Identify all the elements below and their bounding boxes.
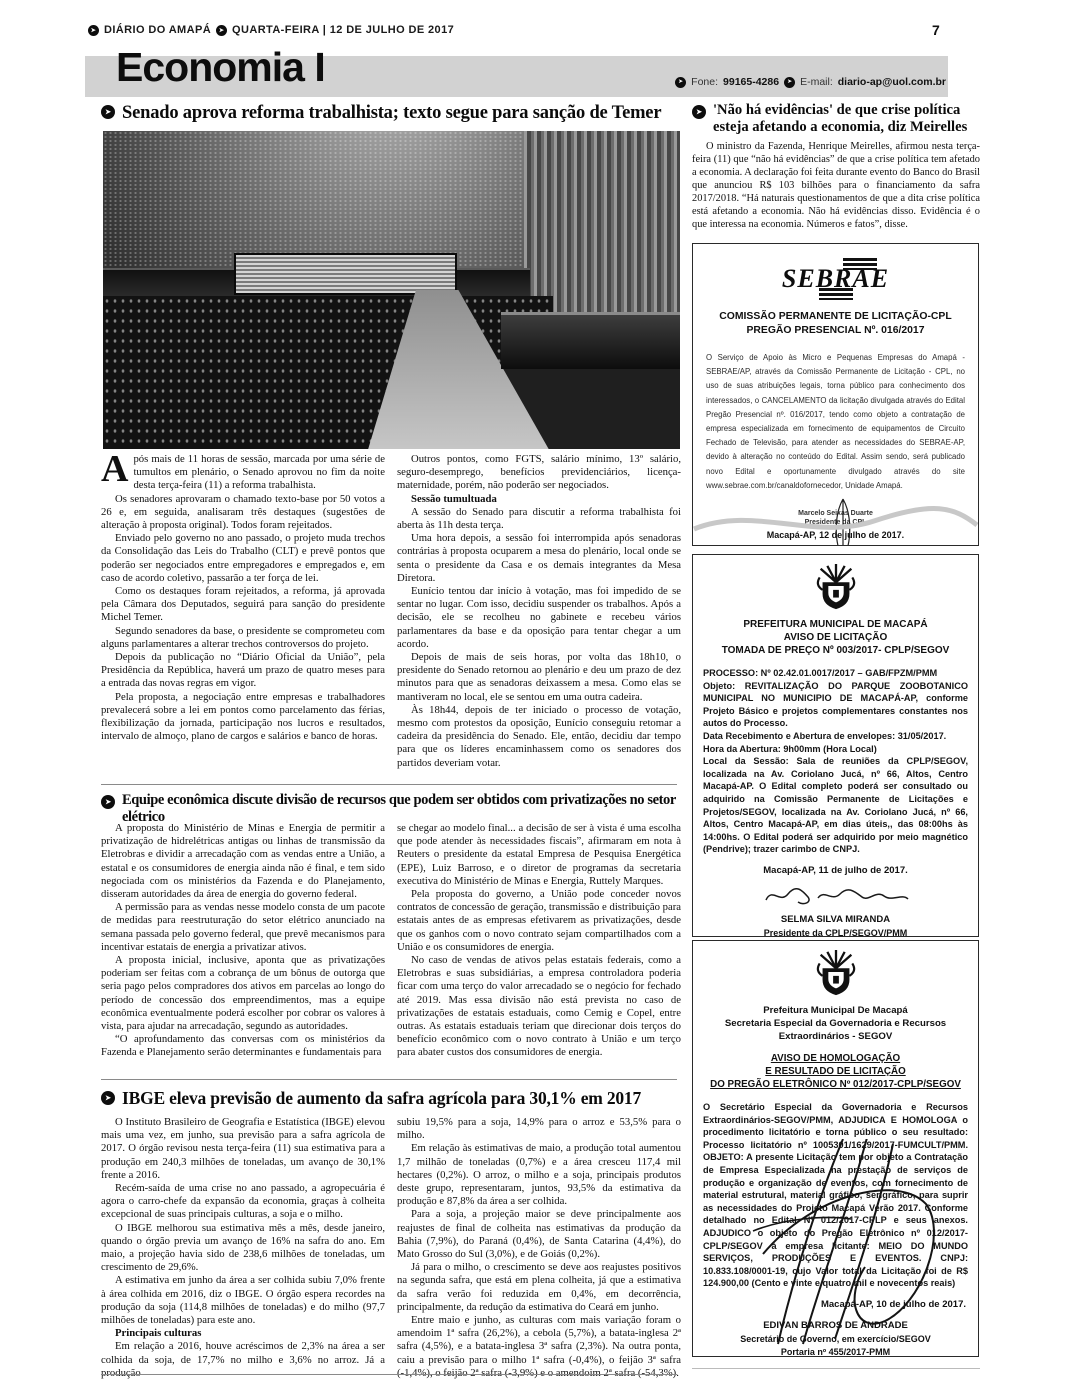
masthead-bullet-icon: ➤ [88, 25, 99, 36]
homologacao-org-line3: Extraordinários - SEGOV [693, 1030, 978, 1043]
arrow-bullet-icon: ➤ [692, 105, 706, 119]
paragraph: Às 18h44, depois de ter iniciado o proce… [397, 704, 681, 770]
homologacao-place-date: Macapá-AP, 10 de julho de 2017. [693, 1299, 966, 1310]
homologacao-signer-role: Secretário de Governo, em exercício/SEGO… [693, 1333, 978, 1345]
licitacao-heading-line2: TOMADA DE PREÇO Nº 003/2017- CPLP/SEGOV [693, 644, 978, 657]
photo-presiding-dais [501, 312, 680, 369]
homologacao-heading: AVISO DE HOMOLOGAÇÃO E RESULTADO DE LICI… [693, 1052, 978, 1091]
ibge-article-title: IBGE eleva previsão de aumento da safra … [122, 1088, 641, 1108]
paragraph: Depois de mais de seis horas, por volta … [397, 651, 681, 704]
divider [101, 784, 677, 785]
paragraph: se chegar ao modelo final... a decisão d… [397, 822, 681, 888]
paragraph: “O aprofundamento das conversas com os m… [101, 1033, 385, 1059]
licitacao-org: PREFEITURA MUNICIPAL DE MACAPÁ [693, 618, 978, 631]
ibge-article-body: O Instituto Brasileiro de Geografia e Es… [101, 1116, 681, 1380]
arrow-bullet-icon: ➤ [101, 105, 115, 119]
paragraph: Sessão tumultuada [397, 493, 681, 506]
homologacao-org-line1: Prefeitura Municipal De Macapá [693, 1004, 978, 1017]
divider [692, 1368, 980, 1369]
licitacao-body: PROCESSO: Nº 02.42.01.0017/2017 – GAB/FP… [703, 667, 968, 856]
energy-article-headline: ➤ Equipe econômica discute divisão de re… [101, 792, 685, 826]
energy-article-col2: se chegar ao modelo final... a decisão d… [397, 822, 681, 1060]
licitacao-signer-name: SELMA SILVA MIRANDA [693, 914, 978, 926]
masthead: ➤ DIÁRIO DO AMAPÁ ➤ QUARTA-FEIRA | 12 DE… [88, 24, 454, 37]
ibge-article-col2: subiu 19,5% para a soja, 14,9% para o ar… [397, 1116, 681, 1380]
meirelles-article-title: 'Não há evidências' de que crise polític… [713, 102, 980, 136]
masthead-date: QUARTA-FEIRA | 12 DE JULHO DE 2017 [232, 24, 454, 37]
homologacao-heading-line1: AVISO DE HOMOLOGAÇÃO [693, 1052, 978, 1065]
paragraph: Data Recebimento e Abertura de envelopes… [703, 730, 968, 743]
masthead-title: DIÁRIO DO AMAPÁ [104, 24, 211, 37]
sebrae-heading-line1: COMISSÃO PERMANENTE DE LICITAÇÃO-CPL [693, 310, 978, 324]
licitacao-place-date: Macapá-AP, 11 de julho de 2017. [693, 865, 978, 876]
licitacao-signer-role: Presidente da CPLP/SEGOV/PMM [693, 927, 978, 937]
paragraph: Recém-saída de uma crise no ano passado,… [101, 1182, 385, 1222]
sebrae-heading: COMISSÃO PERMANENTE DE LICITAÇÃO-CPL PRE… [693, 310, 978, 337]
paragraph: Já para o milho, o crescimento se deve a… [397, 1261, 681, 1314]
paragraph: Pela proposta do governo, a União pode c… [397, 888, 681, 954]
paragraph: Principais culturas [101, 1327, 385, 1340]
licitacao-heading: PREFEITURA MUNICIPAL DE MACAPÁ AVISO DE … [693, 618, 978, 657]
arrow-bullet-icon: ➤ [101, 795, 115, 809]
paragraph: Objeto: REVITALIZAÇÃO DO PARQUE ZOOBOTAN… [703, 680, 968, 730]
email-address: diario-ap@uol.com.br [838, 76, 946, 88]
divider [101, 1079, 677, 1080]
homologacao-heading-line2: E RESULTADO DE LICITAÇÃO [693, 1065, 978, 1078]
ibge-article-headline: ➤ IBGE eleva previsão de aumento da safr… [101, 1088, 685, 1108]
paragraph: Os senadores aprovaram o chamado texto-b… [101, 493, 385, 533]
paragraph: Segundo senadores da base, o presidente … [101, 625, 385, 651]
meirelles-article-headline: ➤ 'Não há evidências' de que crise polít… [692, 102, 980, 136]
homologacao-org-line2: Secretaria Especial da Governadoria e Re… [693, 1017, 978, 1030]
sebrae-notice-box: SEBRAE COMISSÃO PERMANENTE DE LICITAÇÃO-… [692, 243, 979, 546]
selma-signature-icon [693, 884, 978, 913]
paragraph: Em relação às estimativas de maio, a pro… [397, 1142, 681, 1208]
paragraph: O Instituto Brasileiro de Geografia e Es… [101, 1116, 385, 1182]
masthead-bullet-icon: ➤ [216, 25, 227, 36]
paragraph: O Secretário Especial da Governadoria e … [703, 1101, 968, 1290]
sebrae-logo: SEBRAE [693, 258, 978, 300]
sebrae-body: O Serviço de Apoio às Micro e Pequenas E… [706, 351, 965, 493]
phone-number: 99165-4286 [723, 76, 779, 88]
paragraph: A proposta inicial, inclusive, aponta qu… [101, 954, 385, 1033]
paragraph: Como os destaques foram rejeitados, a re… [101, 585, 385, 625]
email-icon: ➤ [784, 77, 795, 88]
divider [101, 1374, 677, 1375]
main-article-headline: ➤ Senado aprova reforma trabalhista; tex… [101, 102, 685, 124]
homologacao-org: Prefeitura Municipal De Macapá Secretari… [693, 1004, 978, 1043]
paragraph: A estimativa em junho da área a ser colh… [101, 1274, 385, 1327]
energy-article-title: Equipe econômica discute divisão de recu… [122, 792, 685, 826]
sebrae-logo-text: SEBRAE [693, 266, 978, 292]
main-article-title: Senado aprova reforma trabalhista; texto… [122, 102, 661, 124]
homologacao-signer-name: EDIVAN BARROS DE ANDRADE [693, 1320, 978, 1332]
arrow-bullet-icon: ➤ [101, 1091, 115, 1105]
page-number: 7 [932, 22, 940, 38]
senate-plenary-photo [103, 131, 680, 449]
phone-label: Fone: [691, 76, 718, 88]
energy-article-col1: A proposta do Ministério de Minas e Ener… [101, 822, 385, 1060]
homologacao-heading-line3: DO PREGÃO ELETRÔNICO Nº 012/2017-CPLP/SE… [693, 1078, 978, 1091]
main-article-col2: Outros pontos, como FGTS, salário mínimo… [397, 453, 681, 770]
ibge-article-col1: O Instituto Brasileiro de Geografia e Es… [101, 1116, 385, 1380]
main-article-col1: Após mais de 11 horas de sessão, marcada… [101, 453, 385, 770]
paragraph: Depois da publicação no “Diário Oficial … [101, 651, 385, 691]
contact-line: ➤ Fone: 99165-4286 ➤ E-mail: diario-ap@u… [660, 76, 946, 88]
macapa-crest-icon [693, 949, 978, 1002]
section-title: Economia I [116, 44, 325, 90]
main-article-body: Após mais de 11 horas de sessão, marcada… [101, 453, 681, 770]
paragraph: No caso de vendas de ativos pelas estata… [397, 954, 681, 1060]
paragraph: subiu 19,5% para a soja, 14,9% para o ar… [397, 1116, 681, 1142]
paragraph: Local da Sessão: Sala de reuniões da CPL… [703, 755, 968, 856]
email-label: E-mail: [800, 76, 833, 88]
macapa-crest-icon [693, 563, 978, 616]
homologacao-notice-box: Prefeitura Municipal De Macapá Secretari… [692, 940, 979, 1357]
paragraph: Eunício tentou dar início à votação, mas… [397, 585, 681, 651]
licitacao-notice-box: PREFEITURA MUNICIPAL DE MACAPÁ AVISO DE … [692, 554, 979, 937]
newspaper-page: ➤ DIÁRIO DO AMAPÁ ➤ QUARTA-FEIRA | 12 DE… [0, 0, 1069, 1383]
swoosh-graphic [693, 499, 978, 541]
paragraph: Para a soja, a projeção maior se deve pr… [397, 1208, 681, 1261]
paragraph: Entre maio e junho, as culturas com mais… [397, 1314, 681, 1380]
paragraph: Outros pontos, como FGTS, salário mínimo… [397, 453, 681, 493]
paragraph: Pela proposta, a negociação entre empres… [101, 691, 385, 744]
paragraph: Enviado pelo governo no ano passado, o p… [101, 532, 385, 585]
paragraph: A permissão para as vendas nesse modelo … [101, 901, 385, 954]
meirelles-article-body: O ministro da Fazenda, Henrique Meirelle… [692, 140, 980, 231]
photo-voting-screen [236, 255, 455, 293]
homologacao-body: O Secretário Especial da Governadoria e … [703, 1101, 968, 1290]
paragraph: Hora da Abertura: 9h00mm (Hora Local) [703, 743, 968, 756]
paragraph: PROCESSO: Nº 02.42.01.0017/2017 – GAB/FP… [703, 667, 968, 680]
paragraph: A proposta do Ministério de Minas e Ener… [101, 822, 385, 901]
paragraph: A sessão do Senado para discutir a refor… [397, 506, 681, 532]
sebrae-heading-line2: PREGÃO PRESENCIAL Nº. 016/2017 [693, 324, 978, 338]
phone-icon: ➤ [675, 77, 686, 88]
energy-article-body: A proposta do Ministério de Minas e Ener… [101, 822, 681, 1060]
paragraph: Uma hora depois, a sessão foi interrompi… [397, 532, 681, 585]
paragraph: O ministro da Fazenda, Henrique Meirelle… [692, 140, 980, 231]
licitacao-heading-line1: AVISO DE LICITAÇÃO [693, 631, 978, 644]
paragraph: O IBGE melhorou sua estimativa mês a mês… [101, 1222, 385, 1275]
homologacao-signer-portaria: Portaria nº 455/2017-PMM [693, 1346, 978, 1357]
paragraph: Após mais de 11 horas de sessão, marcada… [101, 453, 385, 493]
